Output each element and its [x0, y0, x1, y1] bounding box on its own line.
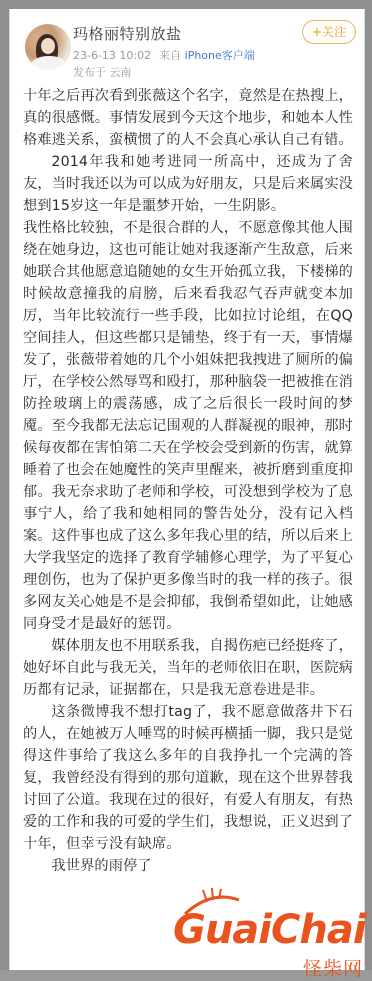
follow-button[interactable]: +关注 [302, 20, 356, 44]
post-meta: 23-6-13 10:02来自 iPhone客户端 [73, 47, 255, 63]
post-body: 十年之后再次看到张薇这个名字，竟然是在热搜上，真的很感慨。事情发展到今天这个地步… [23, 85, 353, 877]
paragraph-2: 2014年我和她考进同一所高中，还成为了舍友，当时我还以为可以成为好朋友，只是后… [23, 151, 353, 217]
screenshot-frame: 玛格丽特别放盐 23-6-13 10:02来自 iPhone客户端 发布于 云南… [0, 0, 372, 970]
author-name[interactable]: 玛格丽特别放盐 [73, 23, 182, 44]
paragraph-4: 媒体朋友也不用联系我，自揭伤疤已经挺疼了，她好坏自此与我无关，当年的老师依旧在职… [23, 635, 353, 701]
post-header: 玛格丽特别放盐 23-6-13 10:02来自 iPhone客户端 发布于 云南… [10, 9, 364, 89]
paragraph-1: 十年之后再次看到张薇这个名字，竟然是在热搜上，真的很感慨。事情发展到今天这个地步… [23, 85, 353, 151]
avatar-face [41, 38, 55, 54]
avatar-shirt [31, 56, 67, 70]
source-prefix: 来自 [159, 49, 181, 62]
avatar[interactable] [25, 24, 71, 70]
watermark-chinese: 怪柴网 [303, 954, 363, 970]
watermark-logo: GuaiChai [173, 908, 366, 952]
post-timestamp: 23-6-13 10:02 [73, 49, 151, 62]
paragraph-5: 这条微博我不想打tag了，我不愿意做落井下石的人，在她被万人唾骂的时候再横插一脚… [23, 701, 353, 855]
weibo-post-card: 玛格丽特别放盐 23-6-13 10:02来自 iPhone客户端 发布于 云南… [9, 9, 365, 970]
watermark: GuaiChai 怪柴网 [173, 886, 372, 970]
paragraph-6: 我世界的雨停了 [23, 855, 353, 877]
post-location: 发布于 云南 [73, 64, 132, 80]
source-client-link[interactable]: iPhone客户端 [185, 49, 255, 62]
paragraph-3: 我性格比较独，不是很合群的人，不愿意像其他人围绕在她身边，这也可能让她对我逐渐产… [23, 217, 353, 635]
